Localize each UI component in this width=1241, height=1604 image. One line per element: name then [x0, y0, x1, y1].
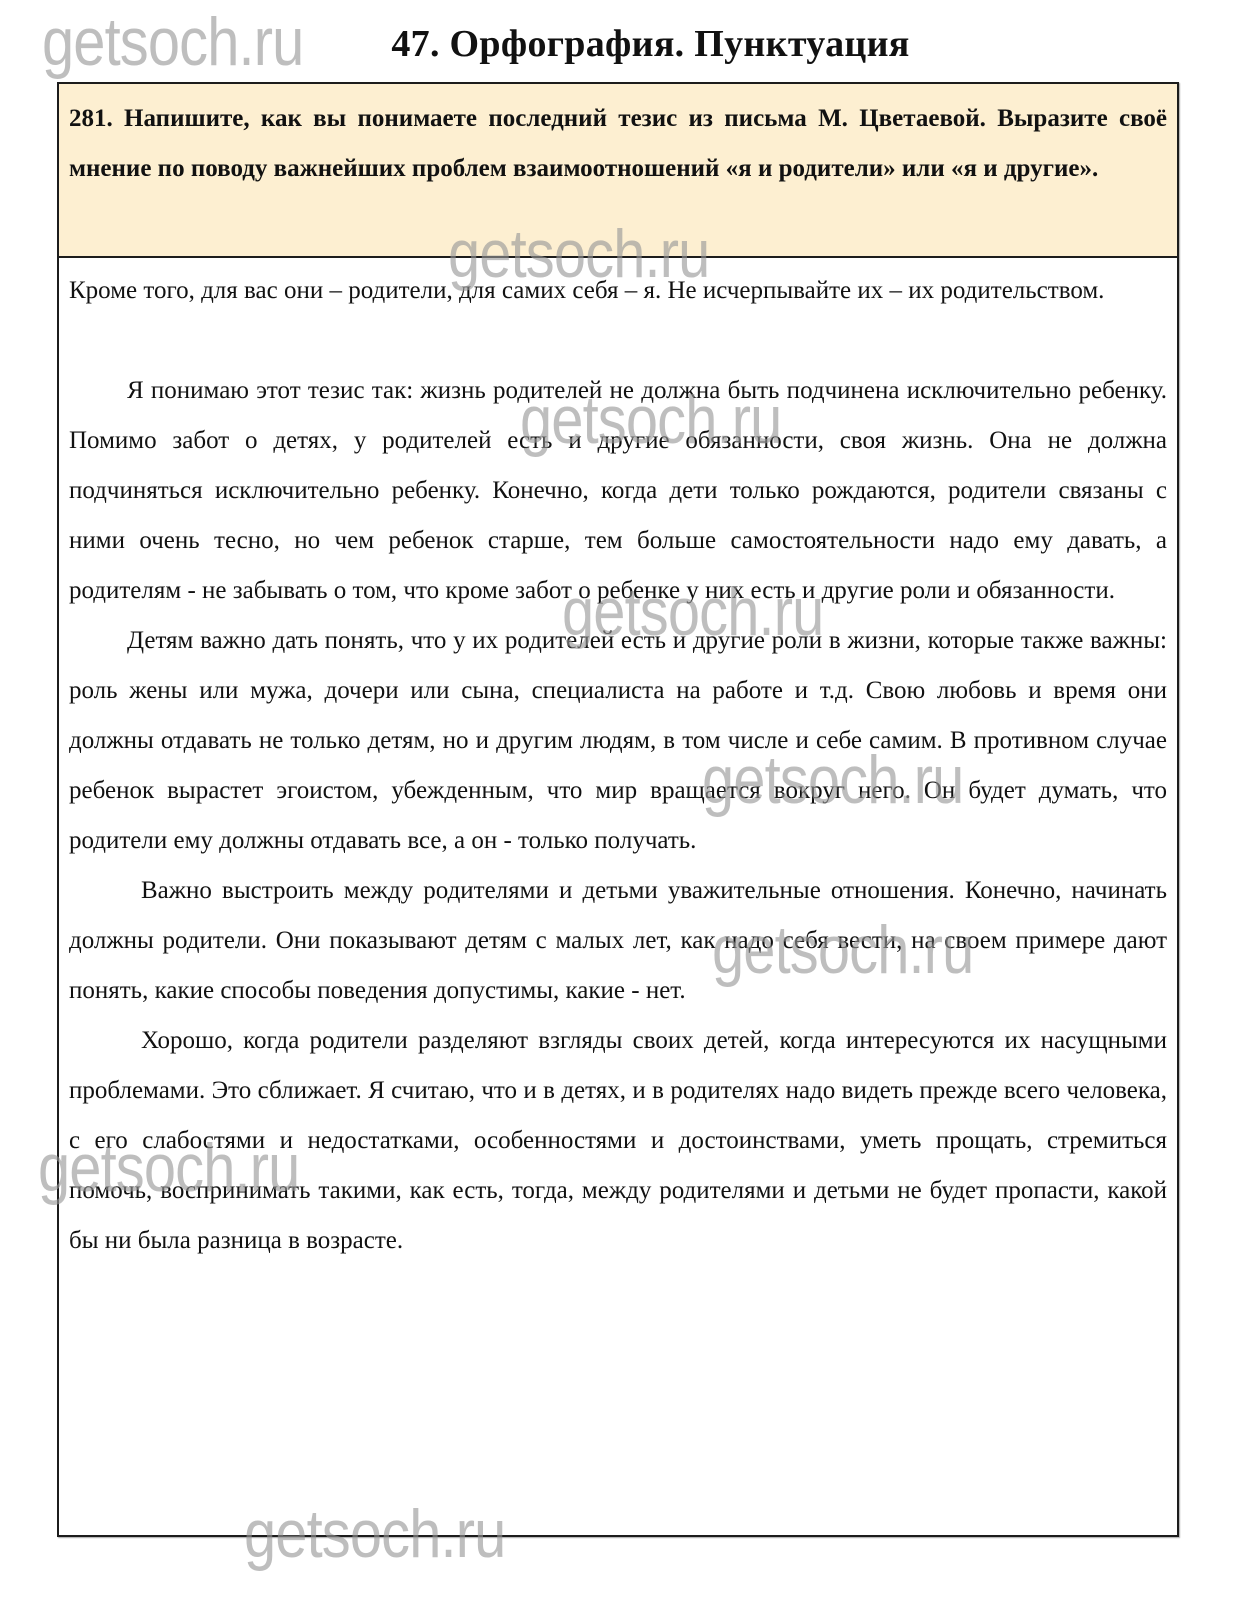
answer-section: Кроме того, для вас они – родители, для … [59, 258, 1177, 1266]
exercise-frame: 281. Напишите, как вы понимаете последни… [57, 82, 1179, 1537]
quote-text: Кроме того, для вас они – родители, для … [69, 266, 1167, 316]
spacer [69, 316, 1167, 366]
task-box: 281. Напишите, как вы понимаете последни… [59, 84, 1177, 258]
answer-paragraph-1: Я понимаю этот тезис так: жизнь родителе… [69, 366, 1167, 616]
page-title: 47. Орфография. Пунктуация [0, 22, 1241, 66]
answer-paragraph-4: Хорошо, когда родители разделяют взгляды… [69, 1016, 1167, 1266]
answer-paragraph-3: Важно выстроить между родителями и детьм… [69, 866, 1167, 1016]
task-text: 281. Напишите, как вы понимаете последни… [69, 94, 1167, 194]
answer-paragraph-2: Детям важно дать понять, что у их родите… [69, 616, 1167, 866]
